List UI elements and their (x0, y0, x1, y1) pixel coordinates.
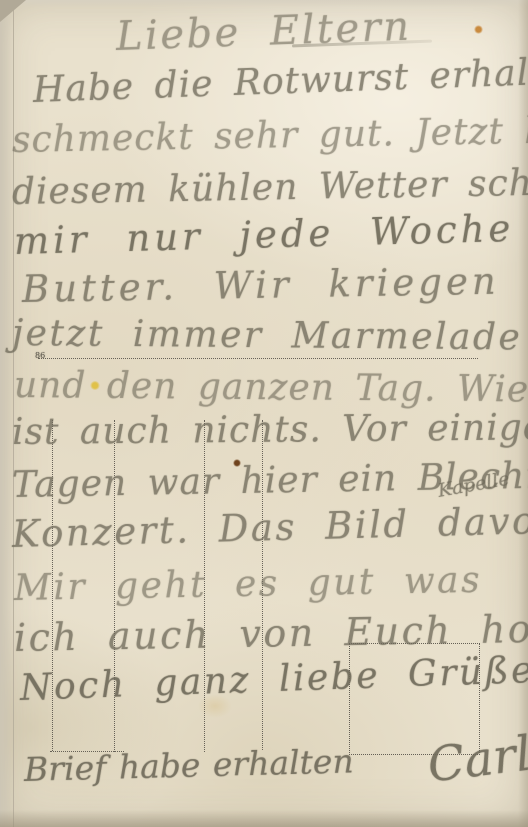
handwriting-line: diesem kühlen Wetter schickt (12, 162, 528, 213)
handwriting-line: schmeckt sehr gut. Jetzt bei (12, 110, 528, 161)
handwriting-line: und den ganzen Tag. Wie mal (14, 365, 528, 411)
handwriting-line: Butter. Wir kriegen (22, 260, 500, 311)
handwriting-line: mir nur jede Woche ½ P (13, 203, 528, 263)
paper-bottom-shadow (0, 810, 528, 827)
age-spot-orange (474, 25, 483, 34)
handwriting-line: Konzert. Das Bild davon (11, 499, 528, 556)
postcard-back: 86 Liebe Eltern Habe die Rotwurst erhalt… (0, 0, 528, 827)
paper-top-edge (0, 0, 528, 7)
salutation: Liebe Eltern (115, 4, 412, 60)
handwriting-line: Mir geht es gut was (14, 560, 483, 609)
signature: Carl (425, 726, 528, 794)
handwriting-line: Habe die Rotwurst erhalten (32, 51, 528, 111)
handwriting-line: ich auch von Euch hoffe (14, 606, 528, 660)
handwriting-line: ist auch nichts. Vor einigen (12, 407, 528, 453)
handwriting-line: jetzt immer Marmelade (12, 313, 523, 358)
handwriting-line: Brief habe erhalten (23, 741, 354, 789)
address-divider-dotted-line (38, 358, 478, 359)
